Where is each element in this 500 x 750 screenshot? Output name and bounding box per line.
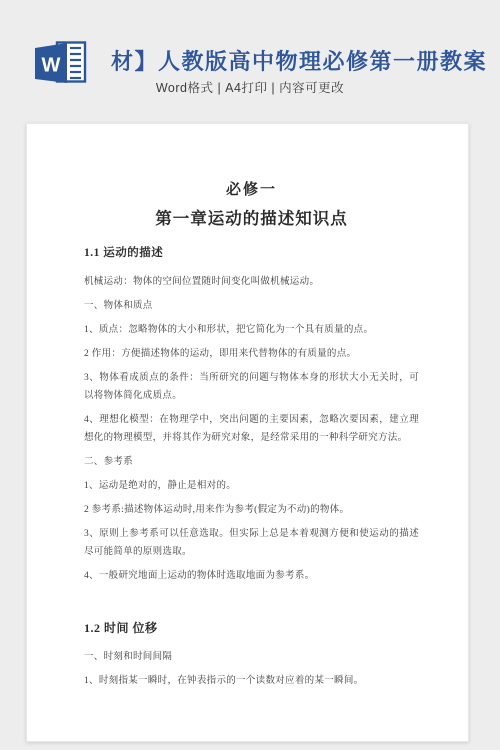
doc-paragraph: 2 作用：方便描述物体的运动，即用来代替物体的有质量的点。 <box>84 345 419 363</box>
doc-section-1-2: 1.2 时间 位移 <box>84 620 419 636</box>
word-icon-letter: W <box>42 55 61 77</box>
doc-paragraph: 一、时刻和时间间隔 <box>84 648 419 666</box>
doc-chapter-title: 第一章运动的描述知识点 <box>84 209 419 229</box>
page-subtitle: Word格式 | A4打印 | 内容可更改 <box>0 78 500 96</box>
doc-paragraph: 机械运动：物体的空间位置随时间变化叫做机械运动。 <box>84 273 419 291</box>
doc-book-title: 必修一 <box>84 181 419 199</box>
doc-paragraph: 一、物体和质点 <box>84 297 419 315</box>
doc-paragraph: 3、原则上参考系可以任意选取。但实际上总是本着观测方便和使运动的描述尽可能简单的… <box>84 525 419 561</box>
doc-paragraph: 2 参考系:描述物体运动时,用来作为参考(假定为不动)的物体。 <box>84 501 419 519</box>
doc-paragraph: 1、运动是绝对的，静止是相对的。 <box>84 477 419 495</box>
doc-paragraph: 3、物体看成质点的条件：当所研究的问题与物体本身的形状大小无关时，可以将物体简化… <box>84 369 419 405</box>
doc-paragraph: 1、质点：忽略物体的大小和形状，把它简化为一个具有质量的点。 <box>84 321 419 339</box>
doc-paragraph: 4、理想化模型：在物理学中，突出问题的主要因素，忽略次要因素，建立理想化的物理模… <box>84 411 419 447</box>
page-title: 材】人教版高中物理必修第一册教案 <box>111 45 487 76</box>
header: W 材】人教版高中物理必修第一册教案 Word格式 | A4打印 | 内容可更改 <box>0 0 500 110</box>
doc-paragraph: 二、参考系 <box>84 453 419 471</box>
document-page: 必修一 第一章运动的描述知识点 1.1 运动的描述 机械运动：物体的空间位置随时… <box>26 123 469 742</box>
doc-paragraph: 4、一般研究地面上运动的物体时选取地面为参考系。 <box>84 567 419 585</box>
doc-paragraph: 1、时刻指某一瞬时，在钟表指示的一个读数对应着的某一瞬间。 <box>84 672 419 690</box>
doc-section-1-1: 1.1 运动的描述 <box>84 246 419 260</box>
